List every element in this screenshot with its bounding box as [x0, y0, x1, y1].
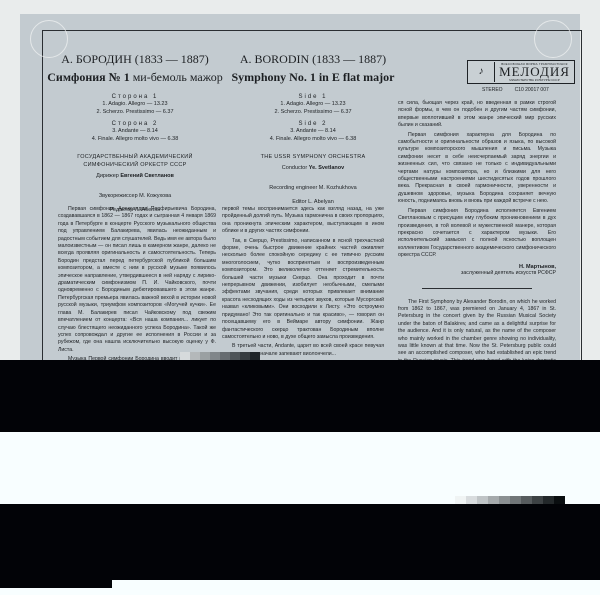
work-title-ru: Симфония № 1 ми-бемоль мажор [45, 70, 225, 85]
track-ru: 4. Finale. Allegro molto vivo — 6.38 [45, 135, 225, 143]
track-ru: 1. Adagio. Allegro — 13.23 [45, 100, 225, 108]
orchestra-en: THE USSR SYMPHONY ORCHESTRA [228, 153, 398, 161]
track-ru: 2. Scherzo. Prestissimo — 6.37 [45, 108, 225, 116]
notes-paragraph: ся сила, бьющая через край, но введенная… [398, 100, 556, 130]
conductor-ru: Дирижер Евгений Светланов [45, 173, 225, 179]
composer-ru: А. БОРОДИН (1833 — 1887) [45, 52, 225, 67]
track-en: 2. Scherzo. Prestissimo — 6.37 [228, 108, 398, 116]
work-title-en: Symphony No. 1 in E flat major [228, 70, 398, 85]
track-en: 4. Finale. Allegro molto vivo — 6.38 [228, 135, 398, 143]
scan-artifact-band [0, 432, 600, 504]
track-en: 3. Andante — 8.14 [228, 127, 398, 135]
engineer-en: Recording engineer M. Kozhukhova [228, 185, 398, 191]
notes-paragraph: Первая симфония характерна для Бородина … [398, 132, 556, 206]
author-title: заслуженный деятель искусств РСФСР [398, 270, 556, 276]
notes-column-2: первой темы воспринимается здесь как взг… [222, 206, 384, 360]
record-sleeve-back: А. БОРОДИН (1833 — 1887) Симфония № 1 ми… [0, 0, 600, 595]
track-ru: 3. Andante — 8.14 [45, 127, 225, 135]
notes-paragraph: Первая симфония Бородина исполняется Евг… [398, 208, 556, 260]
scan-artifact-band [0, 504, 600, 580]
label-name: МЕЛОДИЯ [495, 66, 574, 78]
english-credits: A. BORODIN (1833 — 1887) Symphony No. 1 … [228, 52, 398, 205]
track-en: 1. Adagio. Allegro — 13.23 [228, 100, 398, 108]
orchestra-ru: ГОСУДАРСТВЕННЫЙ АКАДЕМИЧЕСКИЙСИМФОНИЧЕСК… [45, 153, 225, 169]
notes-paragraph: Так, в Скерцо, Prestissimo, написанном в… [222, 238, 384, 342]
melodiya-logo: ♪ ВСЕСОЮЗНАЯ ФИРМА ГРАМПЛАСТИНОК МЕЛОДИЯ… [467, 60, 575, 84]
notes-column-3: ся сила, бьющая через край, но введенная… [398, 100, 556, 389]
notes-column-1: Первая симфония Александра Порфирьевича … [58, 206, 216, 373]
editor-en: Editor L. Abelyan [228, 199, 398, 205]
engineer-ru: Звукорежиссер М. Кожухова [45, 193, 225, 199]
melodiya-emblem-icon: ♪ [468, 62, 495, 82]
catalog-number: STEREOС10 20017 007 [482, 87, 549, 93]
divider [422, 288, 532, 289]
composer-en: A. BORODIN (1833 — 1887) [228, 52, 398, 67]
corner-ornament-icon [534, 20, 572, 58]
russian-credits: А. БОРОДИН (1833 — 1887) Симфония № 1 ми… [45, 52, 225, 213]
gray-ramp [180, 352, 260, 360]
gray-ramp [455, 496, 565, 504]
notes-paragraph: первой темы воспринимается здесь как взг… [222, 206, 384, 236]
scan-artifact-band [0, 360, 600, 432]
conductor-en: Conductor Ye. Svetlanov [228, 165, 398, 171]
notes-paragraph: Первая симфония Александра Порфирьевича … [58, 206, 216, 354]
